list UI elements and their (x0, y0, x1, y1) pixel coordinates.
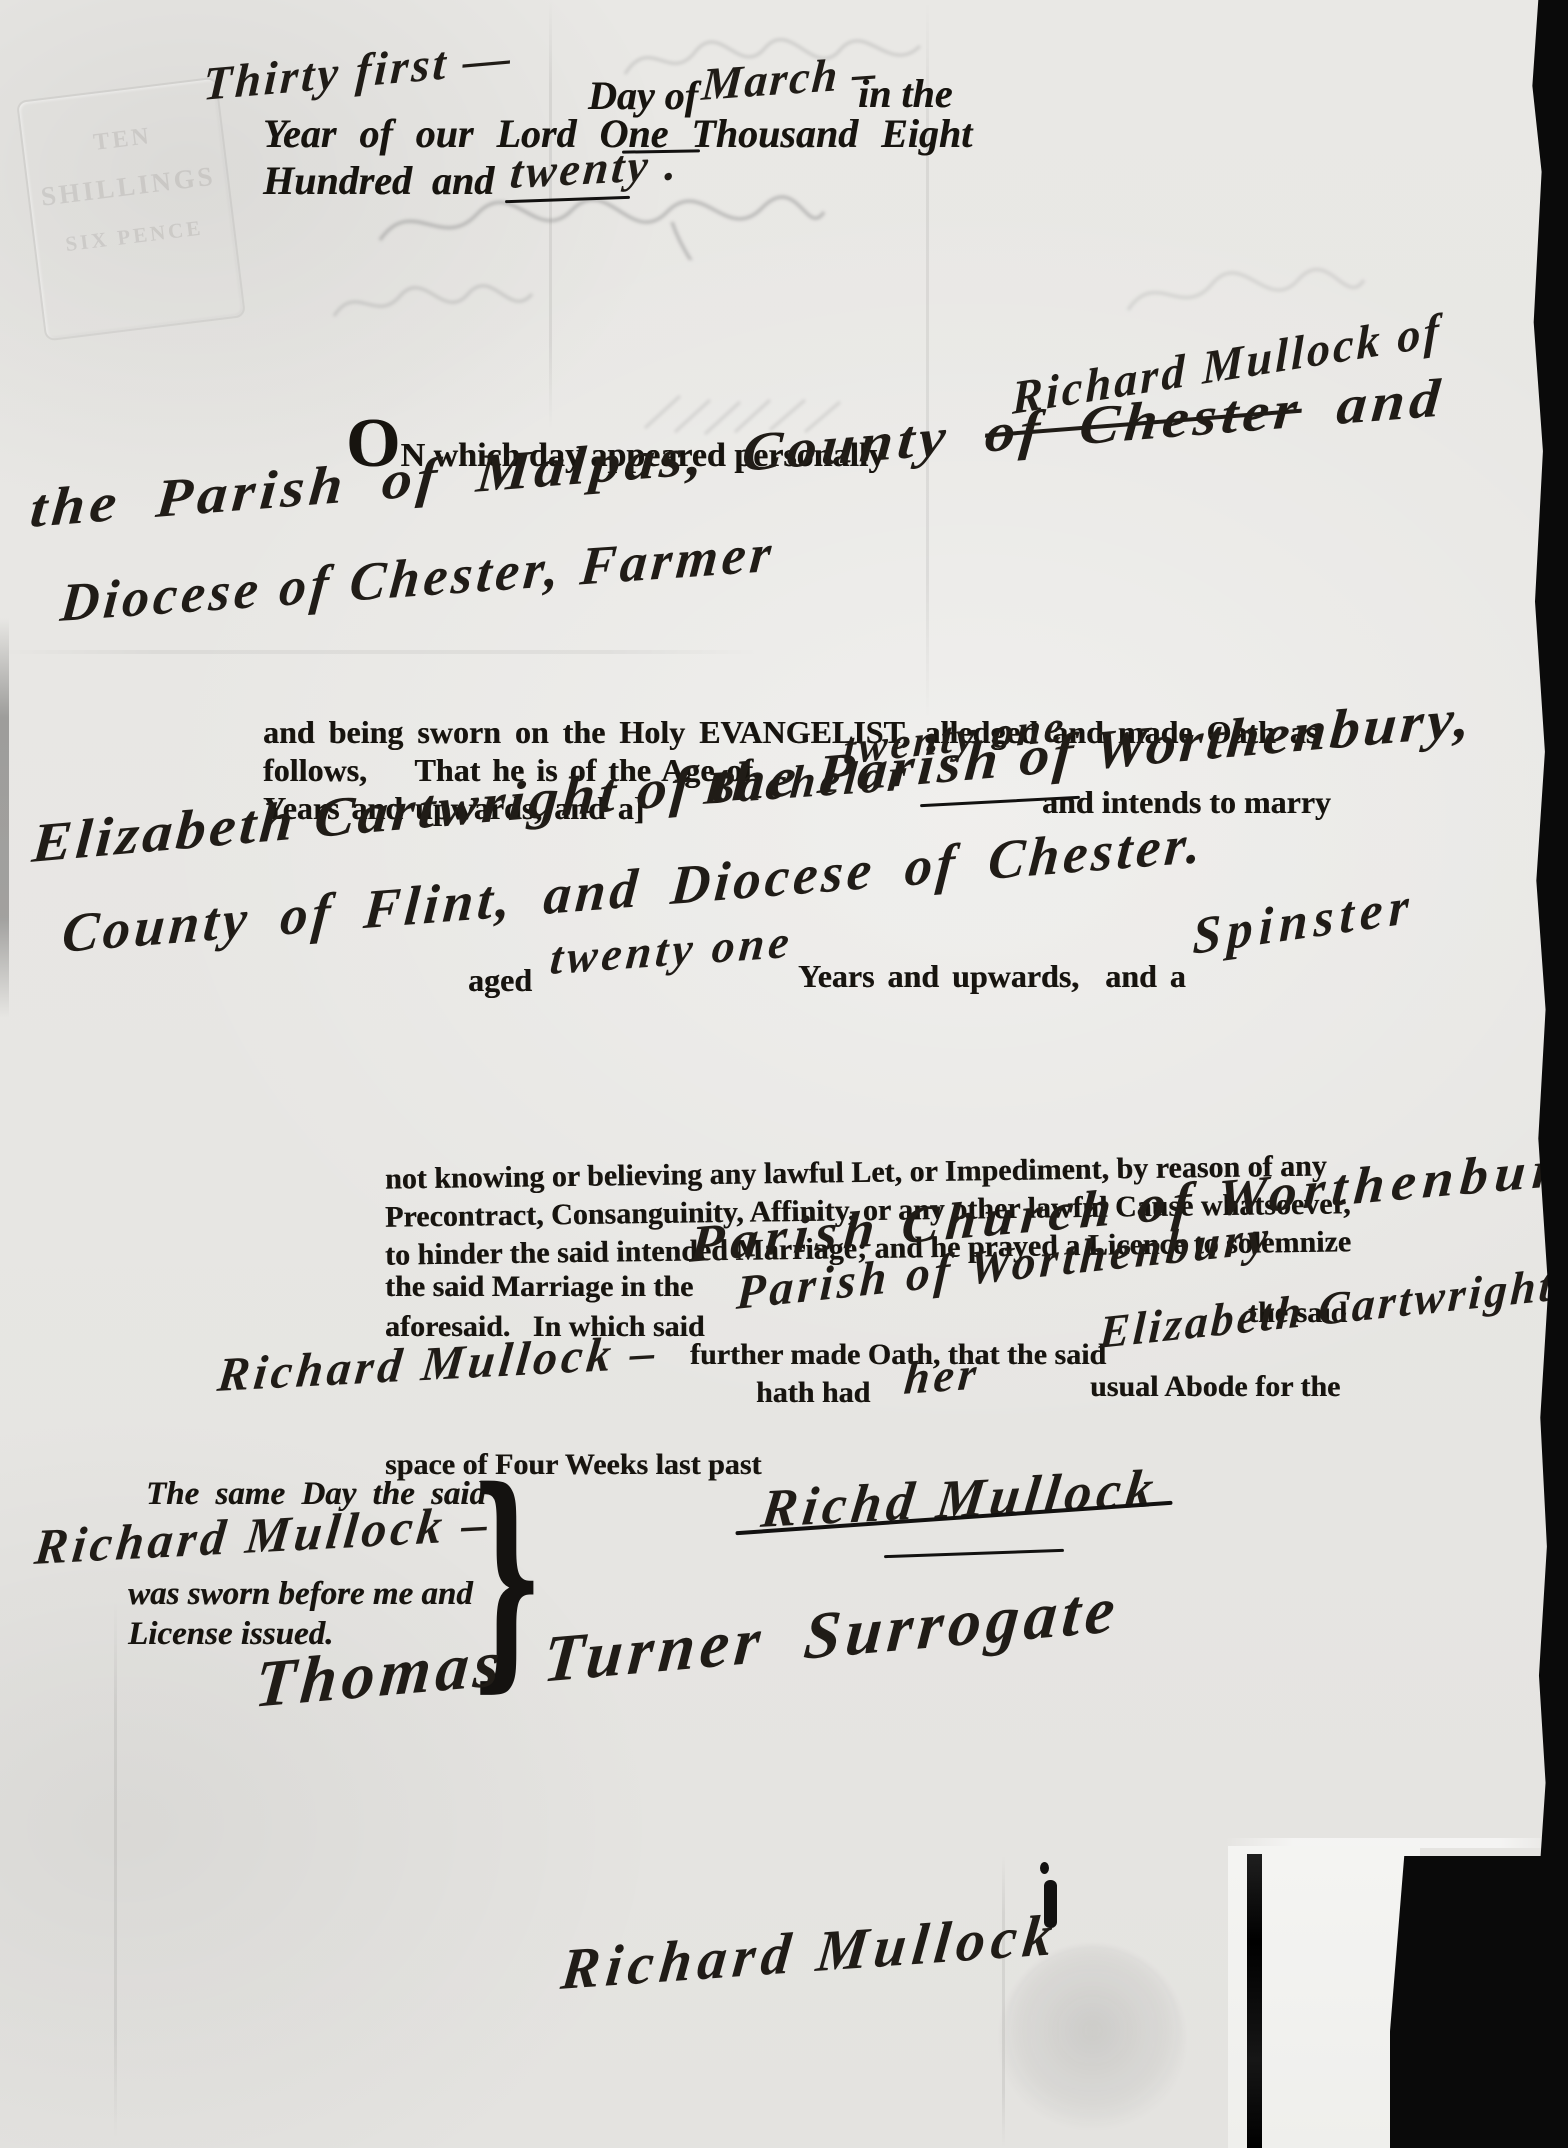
ink-bleed-ghost (328, 272, 538, 334)
handwritten-parish-b: and (1299, 367, 1446, 439)
handwritten-year: twenty . (508, 137, 682, 199)
printed-further-oath: further made Oath, that the said (690, 1338, 1106, 1372)
printed-hath-had: hath had (756, 1376, 870, 1410)
printed-declaration-line4: the said Marriage in the (385, 1270, 693, 1304)
stamp-text: SIX PENCE (35, 212, 235, 261)
handwritten-day: Thirty first — (202, 30, 515, 112)
page-edge-shadow (0, 618, 9, 1018)
fold-crease (1002, 1855, 1005, 2148)
signature-groom-bottom: Richard Mullock (558, 1901, 1062, 2003)
ink-blot (1044, 1880, 1057, 1928)
printed-attest-line2: was sworn before me and (128, 1576, 473, 1613)
printed-aged: aged (468, 962, 532, 999)
handwritten-attest-name: Richard Mullock – (32, 1494, 494, 1576)
underline-mark (884, 1549, 1064, 1558)
fold-crease (114, 1600, 117, 2140)
sheet-edge-shadow (1247, 1854, 1262, 2148)
handwritten-groom-repeat: Richard Mullock – (215, 1325, 662, 1403)
stamp-text: SHILLINGS (28, 159, 228, 214)
handwritten-spinster: Spinster (1192, 876, 1415, 967)
seal-smudge (1000, 1945, 1185, 2135)
handwritten-diocese-line: Diocese of Chester, Farmer (58, 522, 778, 634)
scanner-background-edge (1502, 0, 1568, 2148)
embossed-duty-stamp: TEN SHILLINGS SIX PENCE (16, 77, 246, 342)
printed-hundred-and: Hundred and (263, 157, 494, 204)
printed-years-upwards: Years and upwards, and a (798, 958, 1186, 995)
fold-crease (0, 650, 760, 654)
printed-usual-abode: usual Abode for the (1090, 1370, 1340, 1404)
handwritten-bride-age: twenty one (548, 915, 795, 985)
handwritten-her: her (902, 1346, 982, 1405)
scanned-marriage-allegation: TEN SHILLINGS SIX PENCE Thirty first — D… (0, 0, 1568, 2148)
handwritten-month: March – (700, 45, 880, 111)
ink-blot (1040, 1862, 1049, 1874)
stamp-text: TEN (23, 115, 223, 166)
